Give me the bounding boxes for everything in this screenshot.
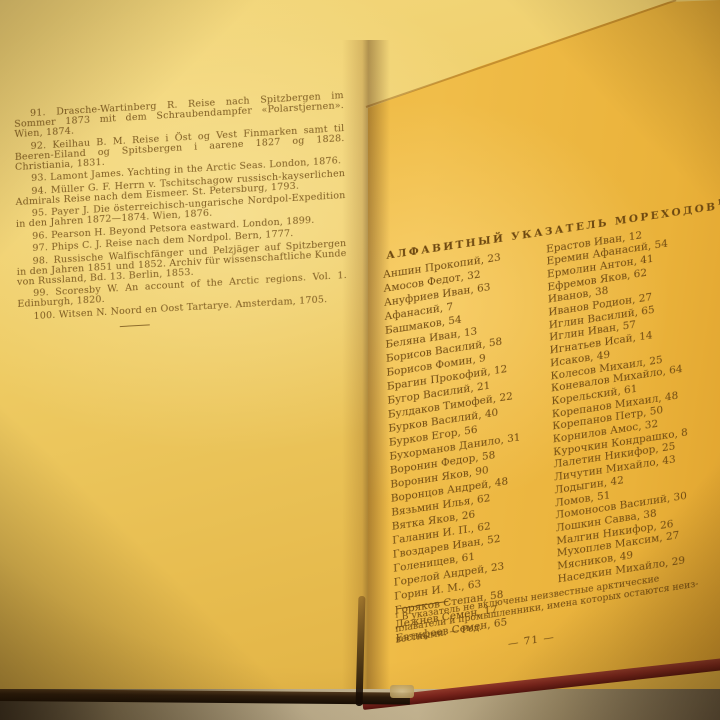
book-photo: 91. Drasche-Wartinberg R. Reise nach Spi… <box>0 0 720 720</box>
index-columns: Аншин Прокопий, 23 Амосов Федот, 32 Ануф… <box>383 215 720 608</box>
index-page-content: АЛФАВИТНЫЙ УКАЗАТЕЛЬ МОРЕХОДОВ1 Аншин Пр… <box>382 194 720 667</box>
book-gutter <box>342 40 390 700</box>
index-column-2: Ерастов Иван, 12 Еремин Афанасий, 54 Ерм… <box>546 215 720 586</box>
index-column-1: Аншин Прокопий, 23 Амосов Федот, 32 Ануф… <box>383 245 546 645</box>
cover-corner-highlight <box>390 685 414 698</box>
